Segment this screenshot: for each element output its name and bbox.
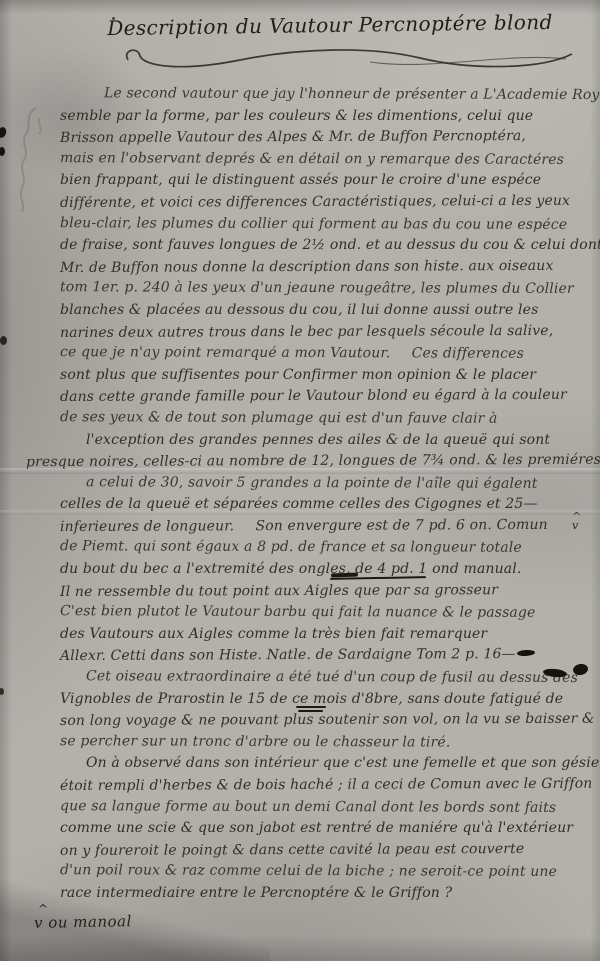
text-line: de Piemt. qui sont égaux a 8 pd. de fran…: [0, 536, 600, 560]
text-line: des Vautours aux Aigles comme la très bi…: [0, 624, 600, 646]
text-line: C'est bien plutot le Vautour barbu qui f…: [0, 601, 600, 625]
text-line: bleu-clair, les plumes du collier qui fo…: [0, 213, 600, 237]
text-line: mais en l'observant deprés & en détail o…: [0, 148, 600, 172]
text-line: étoit rempli d'herbes & de bois haché ; …: [0, 774, 600, 798]
document-title: Description du Vautour Percnoptére blond: [70, 9, 590, 40]
text-line: son long voyage & ne pouvant plus souten…: [0, 709, 600, 733]
text-line: l'exception des grandes pennes des ailes…: [0, 430, 600, 452]
text-line: de ses yeux & de tout son plumage qui es…: [0, 407, 600, 431]
text-line: différente, et voici ces differences Car…: [0, 191, 600, 215]
text-line: sont plus que suffisentes pour Confirmer…: [0, 365, 600, 387]
text-line: se percher sur un tronc d'arbre ou le ch…: [0, 731, 600, 755]
text-line: a celui de 30, savoir 5 grandes a la poi…: [0, 472, 600, 496]
text-line: Le second vautour que jay l'honneur de p…: [0, 83, 600, 107]
title-flourish-underline: [120, 44, 580, 74]
text-line: Cet oiseau extraordinaire a été tué d'un…: [0, 666, 600, 690]
text-line: semble par la forme, par les couleurs & …: [0, 106, 600, 128]
text-line: Brisson appelle Vautour des Alpes & Mr. …: [0, 126, 600, 150]
octobre-underline: [298, 710, 323, 712]
text-line: comme une scie & que son jabot est rentr…: [0, 818, 600, 840]
text-line: Il ne ressemble du tout point aux Aigles…: [0, 579, 600, 603]
ink-dot: [112, 17, 115, 20]
manuscript-page: Description du Vautour Percnoptére blond…: [0, 0, 600, 961]
text-line: du bout du bec a l'extremité des ongles,…: [0, 559, 600, 581]
text-line: blanches & placées au dessous du cou, il…: [0, 300, 600, 322]
text-line: Allexr. Cetti dans son Histe. Natle. de …: [0, 644, 600, 668]
paper-fold-shadow: [0, 876, 270, 961]
octobre-underline: [296, 706, 326, 708]
manuscript-body: Le second vautour que jay l'honneur de p…: [0, 84, 600, 905]
text-line: que sa langue forme au bout un demi Cana…: [0, 796, 600, 820]
text-line: bien frappant, qui le distinguent assés …: [0, 170, 600, 192]
text-line: Mr. de Buffon nous donne la description …: [0, 255, 600, 279]
text-line: ce que je n'ay point remarqué a mon Vaut…: [0, 342, 600, 366]
paper-crease: [0, 510, 600, 515]
text-line: inferieures de longueur. Son envergure e…: [0, 515, 600, 539]
text-line: de fraise, sont fauves longues de 2½ ond…: [0, 235, 600, 257]
paper-crease: [0, 468, 600, 474]
text-line: tom 1er. p. 240 à les yeux d'un jeaune r…: [0, 277, 600, 301]
text-line: on y foureroit le poingt & dans cette ca…: [0, 838, 600, 862]
text-line: On à observé dans son intérieur que c'es…: [0, 753, 600, 775]
text-line: dans cette grande famille pour le Vautou…: [0, 385, 600, 409]
edge-speck: [0, 336, 7, 345]
text-line: narines deux autres trous dans le bec pa…: [0, 320, 600, 344]
